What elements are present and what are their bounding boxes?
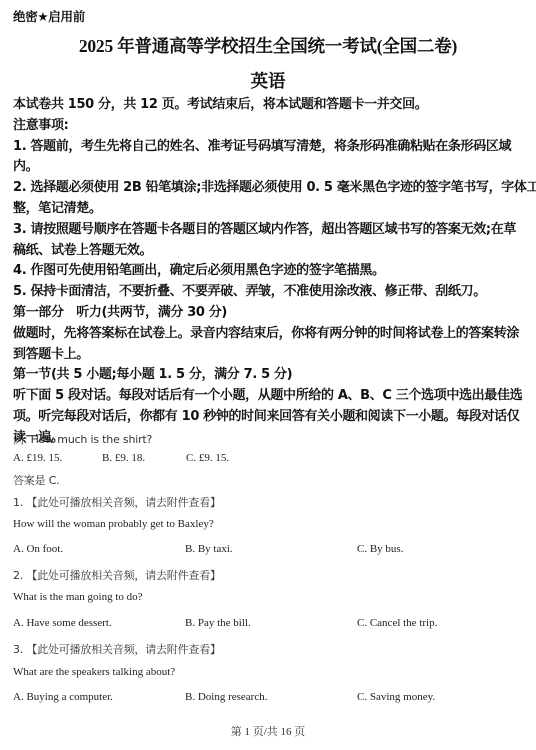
q1-option-a: A. On foot.	[13, 543, 63, 555]
note-line: 4. 作图可先使用铅笔画出，确定后必须用黑色字迹的签字笔描黑。	[13, 261, 533, 282]
q2-option-c: C. Cancel the trip.	[357, 617, 437, 629]
audio-note-2[interactable]: 2. 【此处可播放相关音频，请去附件查看】	[13, 567, 221, 583]
page-indicator: 第 1 页/共 16 页	[0, 723, 536, 739]
audio-note-3[interactable]: 3. 【此处可播放相关音频，请去附件查看】	[13, 641, 221, 657]
confidential-mark: 绝密★启用前	[13, 7, 85, 25]
q1-option-c: C. By bus.	[357, 543, 403, 555]
note-line: 5. 保持卡面清洁，不要折叠、不要弄破、弄皱，不准使用涂改液、修正带、刮纸刀。	[13, 282, 533, 303]
section1-heading: 第一节(共 5 小题;每小题 1. 5 分，满分 7. 5 分)	[13, 365, 533, 386]
part1-heading: 第一部分 听力(共两节，满分 30 分)	[13, 303, 533, 324]
q3-option-c: C. Saving money.	[357, 691, 435, 703]
part1-instruction: 做题时，先将答案标在试卷上。录音内容结束后，你将有两分钟的时间将试卷上的答案转涂	[13, 324, 533, 345]
q1-option-b: B. By taxi.	[185, 543, 233, 555]
q2-option-b: B. Pay the bill.	[185, 617, 251, 629]
q3-option-b: B. Doing research.	[185, 691, 267, 703]
example-option-c: C. £9. 15.	[186, 452, 229, 464]
example-question: 例: How much is the shirt?	[13, 431, 152, 447]
question-1-text: How will the woman probably get to Baxle…	[13, 518, 214, 530]
subject-title: 英语	[0, 68, 536, 93]
question-2-text: What is the man going to do?	[13, 591, 143, 603]
section1-instruction: 听下面 5 段对话。每段对话后有一个小题，从题中所给的 A、B、C 三个选项中选…	[13, 386, 533, 407]
instructions-block: 本试卷共 150 分，共 12 页。考试结束后，将本试题和答题卡一并交回。 注意…	[13, 95, 533, 449]
exam-intro: 本试卷共 150 分，共 12 页。考试结束后，将本试题和答题卡一并交回。	[13, 95, 533, 116]
example-option-a: A. £19. 15.	[13, 452, 62, 464]
note-line: 1. 答题前，考生先将自己的姓名、准考证号码填写清楚，将条形码准确粘贴在条形码区…	[13, 137, 533, 158]
example-answer: 答案是 C.	[13, 472, 59, 488]
notes-heading: 注意事项:	[13, 116, 533, 137]
note-line: 内。	[13, 157, 533, 178]
section1-instruction: 项。听完每段对话后，你都有 10 秒钟的时间来回答有关小题和阅读下一小题。每段对…	[13, 407, 533, 428]
audio-note-1[interactable]: 1. 【此处可播放相关音频，请去附件查看】	[13, 494, 221, 510]
exam-title: 2025 年普通高等学校招生全国统一考试(全国二卷)	[0, 33, 536, 58]
example-option-b: B. £9. 18.	[102, 452, 145, 464]
question-3-text: What are the speakers talking about?	[13, 666, 175, 678]
part1-instruction: 到答题卡上。	[13, 345, 533, 366]
note-line: 稿纸、试卷上答题无效。	[13, 241, 533, 262]
note-line: 整，笔记清楚。	[13, 199, 533, 220]
note-line: 2. 选择题必须使用 2B 铅笔填涂;非选择题必须使用 0. 5 毫米黑色字迹的…	[13, 178, 533, 199]
q2-option-a: A. Have some dessert.	[13, 617, 112, 629]
note-line: 3. 请按照题号顺序在答题卡各题目的答题区域内作答，超出答题区域书写的答案无效;…	[13, 220, 533, 241]
q3-option-a: A. Buying a computer.	[13, 691, 113, 703]
